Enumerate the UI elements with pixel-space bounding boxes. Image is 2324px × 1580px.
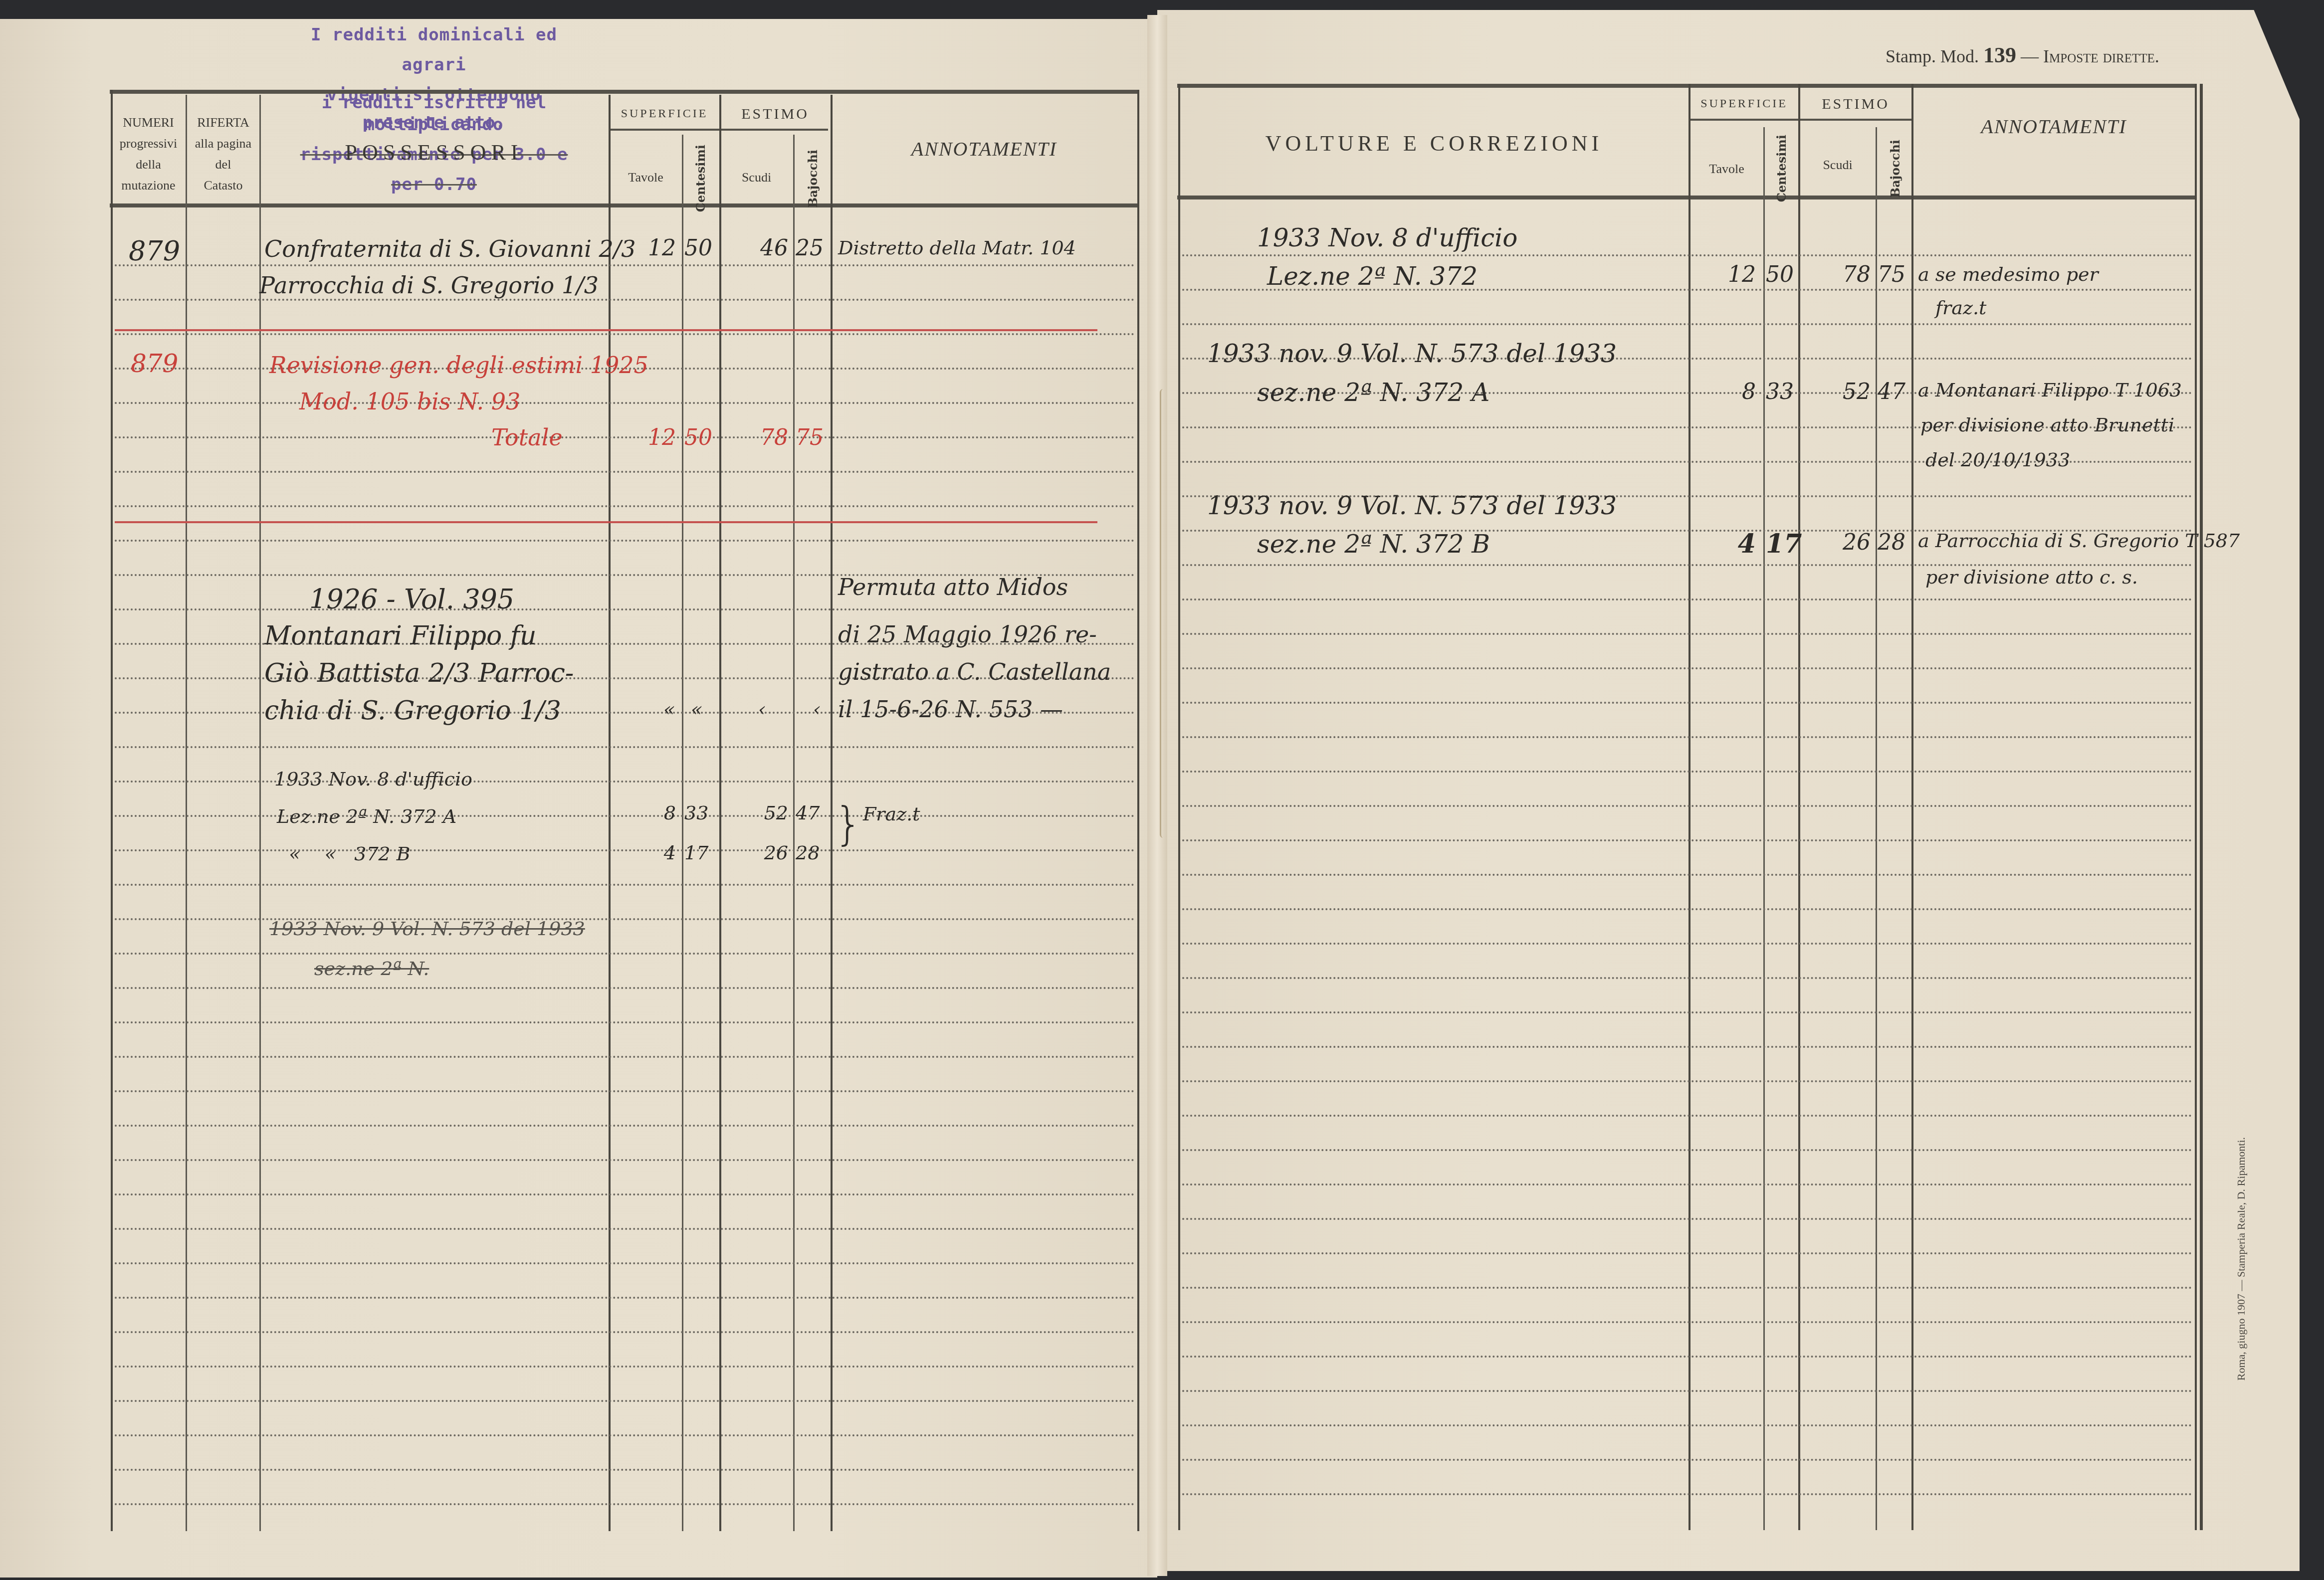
row-rule (115, 1469, 1135, 1471)
col-border (111, 90, 113, 1531)
possessore-line: chia di S. Gregorio 1/3 (264, 696, 561, 726)
struck-line: sez.ne 2ª N. (314, 958, 429, 980)
bajocchi-value: 75 (1878, 262, 1907, 287)
tavole-value: 4 (643, 842, 676, 864)
header-superficie: SUPERFICIE (610, 107, 719, 121)
row-rule (1182, 1252, 2192, 1254)
possessore-line: Montanari Filippo fu (264, 621, 537, 651)
col-border (1876, 127, 1877, 1530)
red-separator (115, 521, 1097, 523)
row-rule (115, 953, 1135, 955)
row-rule (115, 333, 1135, 335)
stamp-line-last: i redditi iscritti nel presente atto. (279, 93, 589, 133)
row-rule (1182, 736, 2192, 738)
bajocchi-value: 28 (796, 842, 826, 864)
scudi-value: 78 (738, 425, 788, 450)
possessore-line: 1926 - Vol. 395 (309, 584, 514, 615)
row-rule (1182, 1493, 2192, 1495)
entry-number: 879 (131, 349, 178, 378)
row-rule (115, 1056, 1135, 1058)
row-rule (115, 1366, 1135, 1368)
row-rule (1182, 1287, 2192, 1289)
row-rule (1182, 1011, 2192, 1013)
centesimi-value: 50 (1766, 262, 1796, 287)
row-rule (115, 849, 1135, 851)
tavole-value: 8 (643, 802, 676, 824)
scudi-value: 26 (1821, 530, 1871, 555)
tavole-value: 12 (629, 425, 676, 450)
header-annotamenti: ANNOTAMENTI (1913, 115, 2195, 138)
centesimi-value: 17 (1766, 529, 1796, 559)
annotamento: gistrato a C. Castellana (838, 658, 1111, 685)
voltura-line: 1933 nov. 9 Vol. N. 573 del 1933 (1207, 491, 1617, 520)
page-frame-rule (2200, 84, 2203, 1530)
row-rule (1182, 1184, 2192, 1185)
row-rule (1182, 1356, 2192, 1358)
row-rule (115, 987, 1135, 989)
scudi-value: 52 (1821, 379, 1871, 404)
row-rule (1182, 1321, 2192, 1323)
row-rule (115, 608, 1135, 610)
row-rule (115, 815, 1135, 817)
centesimi-value: 17 (684, 842, 714, 864)
annotamento: del 20/10/1933 (1925, 449, 2070, 471)
row-rule (1182, 633, 2192, 635)
row-rule (1182, 1218, 2192, 1220)
row-rule (1182, 1424, 2192, 1426)
col-border (1798, 84, 1800, 1530)
annotamento: per divisione atto Brunetti (1920, 414, 2174, 436)
possessore-line: Giò Battista 2/3 Parroc- (264, 658, 574, 688)
bajocchi-value: 47 (796, 802, 826, 824)
row-rule (1182, 254, 2192, 256)
voltura-line: sez.ne 2ª N. 372 B (1257, 530, 1490, 559)
ditto-mark: « (663, 698, 675, 720)
row-rule (1182, 908, 2192, 910)
ditto-mark: ‹ (758, 698, 766, 720)
annotamento: a Montanari Filippo T 1063 (1918, 379, 2182, 401)
row-rule (1182, 1046, 2192, 1048)
row-rule (115, 1228, 1135, 1230)
header-bajocchi: Bajocchi (806, 150, 820, 207)
tavole-value: 4 (1711, 529, 1756, 559)
scudi-value: 52 (748, 802, 788, 824)
header-bajocchi: Bajocchi (1888, 140, 1902, 197)
header-estimo: ESTIMO (1800, 96, 1911, 113)
row-rule (115, 1503, 1135, 1505)
header-numeri: NUMERI progressivi della mutazione (112, 112, 185, 196)
row-rule (1182, 1459, 2192, 1461)
row-rule (1182, 1080, 2192, 1082)
row-rule (1182, 839, 2192, 841)
col-border (1178, 84, 1180, 1530)
row-rule (115, 781, 1135, 783)
struck-line: 1933 Nov. 9 Vol. N. 573 del 1933 (269, 918, 585, 940)
possessore-line: 1933 Nov. 8 d'ufficio (274, 768, 472, 790)
row-rule (1182, 977, 2192, 979)
row-rule (1182, 598, 2192, 600)
annotamento: di 25 Maggio 1926 re- (838, 621, 1097, 648)
bajocchi-value: 47 (1878, 379, 1907, 404)
row-rule (115, 746, 1135, 748)
header-bottom-rule (1177, 196, 2195, 199)
form-suffix: — Imposte dirette. (2021, 46, 2159, 66)
annotamento: per divisione atto c. s. (1925, 566, 2138, 588)
row-rule (1182, 702, 2192, 704)
bracket-icon: } (834, 798, 862, 850)
row-rule (115, 1297, 1135, 1299)
col-border (793, 135, 795, 1531)
row-rule (1182, 771, 2192, 773)
totale-label: Totale (491, 424, 563, 451)
header-volture: VOLTURE E CORREZIONI (1180, 131, 1689, 156)
row-rule (115, 1021, 1135, 1023)
row-rule (1182, 1149, 2192, 1151)
header-superficie: SUPERFICIE (1690, 97, 1798, 111)
header-centesimi: Centesimi (693, 145, 708, 212)
header-scudi: Scudi (1800, 155, 1876, 176)
voltura-line: 1933 nov. 9 Vol. N. 573 del 1933 (1207, 339, 1617, 368)
voltura-line: sez.ne 2ª N. 372 A (1257, 378, 1489, 407)
centesimi-value: 50 (684, 235, 714, 261)
header-estimo: ESTIMO (720, 106, 830, 123)
annotamento: Distretto della Matr. 104 (838, 237, 1076, 259)
row-rule (115, 505, 1135, 507)
row-rule (115, 264, 1135, 266)
header-riferta: RIFERTA alla pagina del Catasto (187, 112, 259, 196)
stamp-line: I redditi dominicali ed agrari (279, 20, 589, 80)
row-rule (1182, 874, 2192, 876)
col-border (2195, 84, 2197, 1530)
row-rule (1182, 1115, 2192, 1117)
col-border (1911, 84, 1913, 1530)
row-rule (115, 540, 1135, 542)
annotamento: a se medesimo per (1918, 263, 2099, 285)
annotamento: fraz.t (1935, 297, 1986, 319)
row-rule (115, 436, 1135, 438)
row-rule (115, 1262, 1135, 1264)
row-rule (1182, 1390, 2192, 1392)
header-tavole: Tavole (610, 167, 682, 188)
header-centesimi: Centesimi (1774, 135, 1789, 202)
possessore-line: « « 372 B (277, 843, 411, 865)
possessore-line: Mod. 105 bis N. 93 (299, 388, 520, 415)
voltura-line: 1933 Nov. 8 d'ufficio (1257, 223, 1517, 252)
row-rule (115, 402, 1135, 404)
tavole-value: 12 (629, 235, 676, 261)
header-annotamenti: ANNOTAMENTI (832, 137, 1136, 161)
header-tavole: Tavole (1690, 159, 1763, 180)
scudi-value: 78 (1821, 262, 1871, 287)
col-border (186, 95, 187, 1531)
subheader-rule (609, 129, 828, 131)
row-rule (115, 1159, 1135, 1161)
form-prefix: Stamp. Mod. (1886, 46, 1979, 66)
col-border (1689, 84, 1690, 1530)
row-rule (115, 1125, 1135, 1127)
row-rule (1182, 323, 2192, 325)
header-possessori: POSSESSORI (259, 140, 609, 165)
form-id: Stamp. Mod. 139 — Imposte dirette. (1886, 42, 2159, 68)
voltura-line: Lez.ne 2ª N. 372 (1267, 262, 1478, 291)
printer-note: Roma, giugno 1907 — Stamperia Reale, D. … (2235, 1137, 2248, 1381)
possessore-line: Confraternita di S. Giovanni 2/3 (264, 235, 636, 262)
row-rule (115, 1193, 1135, 1195)
row-rule (115, 884, 1135, 886)
row-rule (115, 1434, 1135, 1436)
annotamento: Fraz.t (863, 803, 920, 825)
bajocchi-value: 25 (796, 235, 826, 261)
possessore-line: Revisione gen. degli estimi 1925 (269, 352, 648, 379)
scudi-value: 46 (738, 235, 788, 261)
table-top-rule (1177, 84, 2195, 88)
col-border (259, 95, 261, 1531)
row-rule (1182, 805, 2192, 807)
header-bottom-rule (110, 203, 1137, 207)
subheader-rule (1689, 119, 1913, 121)
row-rule (115, 1090, 1135, 1092)
row-rule (1182, 943, 2192, 945)
col-border (831, 95, 833, 1531)
annotamento: a Parrocchia di S. Gregorio T 587 (1918, 530, 2240, 552)
binding-thread (1160, 389, 1166, 838)
col-border (1763, 127, 1765, 1530)
table-top-rule (110, 90, 1137, 94)
tavole-value: 8 (1716, 379, 1756, 404)
col-border (719, 95, 721, 1531)
row-rule (1182, 667, 2192, 669)
bajocchi-value: 28 (1878, 530, 1907, 555)
centesimi-value: 33 (684, 802, 714, 824)
centesimi-value: 33 (1766, 379, 1796, 404)
tavole-value: 12 (1706, 262, 1756, 287)
col-border (1137, 90, 1139, 1531)
bajocchi-value: 75 (796, 425, 826, 450)
row-rule (115, 1400, 1135, 1402)
row-rule (115, 299, 1135, 301)
col-border (682, 135, 683, 1531)
entry-number: 879 (129, 235, 180, 267)
centesimi-value: 50 (684, 425, 714, 450)
ditto-mark: « (691, 698, 702, 720)
annotamento: Permuta atto Midos (838, 574, 1068, 600)
red-separator (115, 329, 1097, 331)
scudi-value: 26 (748, 842, 788, 864)
annotamento: il 15-6-26 N. 553 — (838, 696, 1063, 723)
header-scudi: Scudi (720, 167, 793, 188)
ditto-mark: ‹ (813, 698, 821, 720)
form-number: 139 (1983, 43, 2016, 67)
row-rule (115, 1331, 1135, 1333)
row-rule (115, 918, 1135, 920)
row-rule (115, 471, 1135, 473)
possessore-line: Parrocchia di S. Gregorio 1/3 (259, 272, 599, 299)
col-border (609, 95, 611, 1531)
possessore-line: Lez.ne 2ª N. 372 A (277, 805, 456, 827)
